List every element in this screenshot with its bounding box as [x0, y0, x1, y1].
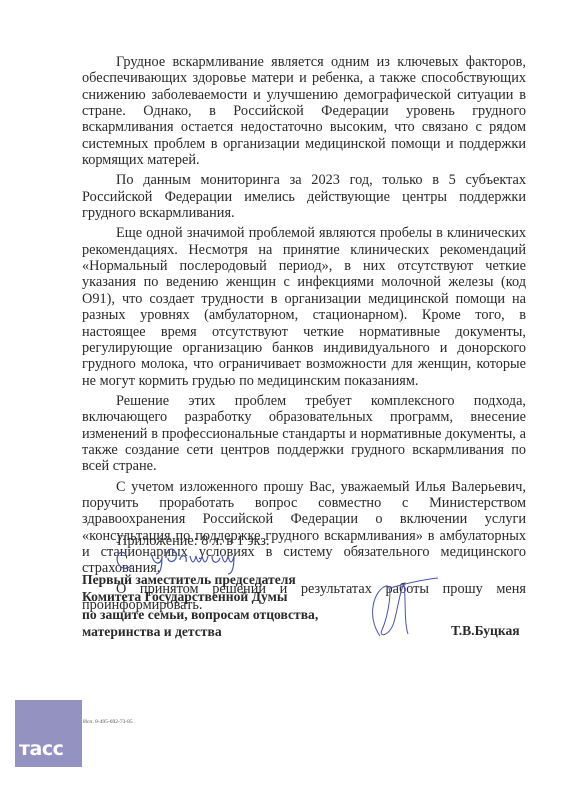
tass-logo-text: тасс [19, 738, 63, 760]
signatory-title-line: Комитета Государственной Думы [82, 588, 318, 605]
paragraph-2: По данным мониторинга за 2023 год, тольк… [82, 172, 526, 221]
paragraph-1: Грудное вскармливание является одним из … [82, 54, 526, 168]
executor-phone: Исп. 8-495-692-73-85 [83, 719, 133, 725]
paragraph-4: Решение этих проблем требует комплексног… [82, 393, 526, 475]
tass-logo: тасс [15, 700, 82, 767]
signatory-title-line: по защите семьи, вопросам отцовства, [82, 606, 318, 623]
signatory-name: Т.В.Буцкая [451, 623, 520, 639]
signatory-title: Первый заместитель председателя Комитета… [82, 571, 318, 640]
letter-page: Грудное вскармливание является одним из … [0, 0, 565, 800]
signatory-title-line: Первый заместитель председателя [82, 571, 318, 588]
handwritten-signature [360, 576, 440, 642]
paragraph-3: Еще одной значимой проблемой являются пр… [82, 225, 526, 388]
signatory-title-line: материнства и детства [82, 623, 318, 640]
